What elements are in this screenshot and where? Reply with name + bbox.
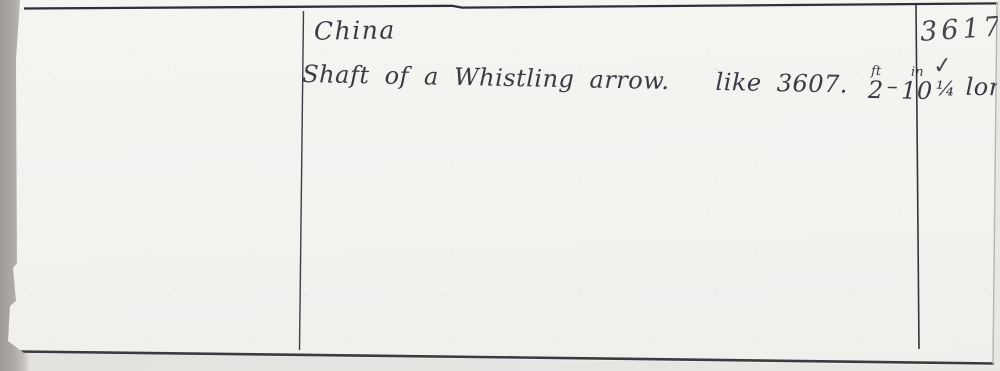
reference-text: like 3607. bbox=[715, 68, 848, 99]
index-card: China Shaft of a Whistling arrow. like 3… bbox=[0, 0, 1000, 371]
left-column-blank bbox=[20, 10, 300, 350]
feet-value: 2 bbox=[868, 81, 884, 99]
dimension-suffix: long. bbox=[965, 73, 1000, 102]
country-label: China bbox=[314, 15, 396, 45]
right-paper-edge bbox=[993, 2, 997, 364]
catalog-number: 3617 bbox=[919, 11, 1000, 48]
right-column-divider bbox=[916, 4, 919, 349]
inches-measure: in 10 bbox=[901, 72, 933, 100]
top-rule-line bbox=[24, 3, 998, 8]
inches-value: 10 bbox=[901, 82, 933, 101]
checkmark-icon: ✓ bbox=[932, 52, 954, 80]
feet-measure: ft 2 bbox=[868, 71, 884, 99]
feet-unit: ft bbox=[871, 67, 881, 77]
inches-fraction: ¼ bbox=[936, 76, 956, 100]
scanned-card-photo: China Shaft of a Whistling arrow. like 3… bbox=[0, 0, 1000, 371]
inches-unit: in bbox=[911, 68, 924, 78]
measure-separator: – bbox=[886, 74, 898, 99]
bottom-edge-line bbox=[17, 352, 994, 364]
